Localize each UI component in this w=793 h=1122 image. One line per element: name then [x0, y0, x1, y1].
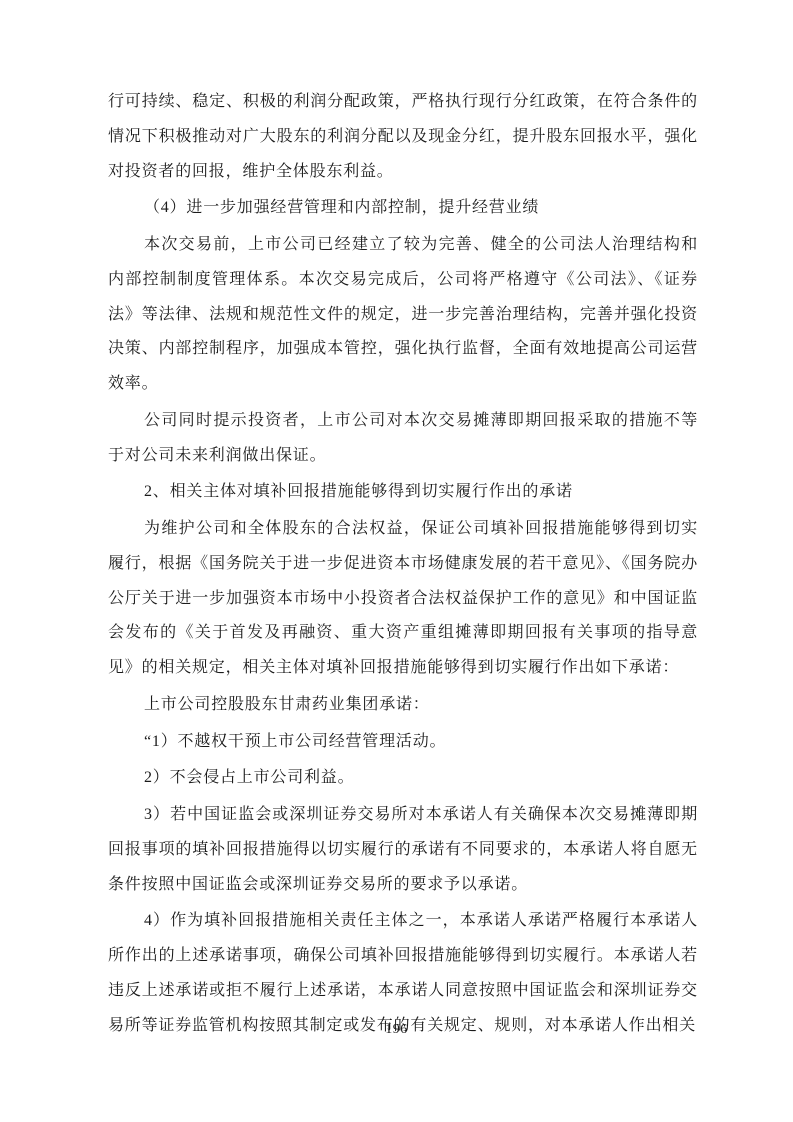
paragraph-commitment-2: 2）不会侵占上市公司利益。 — [108, 761, 698, 796]
section-heading-commitments: 2、相关主体对填补回报措施能够得到切实履行作出的承诺 — [108, 475, 698, 510]
paragraph-legal-basis: 为维护公司和全体股东的合法权益，保证公司填补回报措施能够得到切实履行，根据《国务… — [108, 512, 698, 686]
paragraph-continued: 行可持续、稳定、积极的利润分配政策，严格执行现行分红政策，在符合条件的情况下积极… — [108, 85, 698, 189]
document-page: 行可持续、稳定、积极的利润分配政策，严格执行现行分红政策，在符合条件的情况下积极… — [0, 0, 793, 1122]
paragraph-investor-notice: 公司同时提示投资者，上市公司对本次交易摊薄即期回报采取的措施不等于对公司未来利润… — [108, 404, 698, 474]
section-heading-improve-management: （4）进一步加强经营管理和内部控制，提升经营业绩 — [108, 191, 698, 226]
paragraph-controlling-shareholder: 上市公司控股股东甘肃药业集团承诺： — [108, 688, 698, 723]
paragraph-commitment-1: “1）不越权干预上市公司经营管理活动。 — [108, 725, 698, 760]
paragraph-governance: 本次交易前，上市公司已经建立了较为完善、健全的公司法人治理结构和内部控制制度管理… — [108, 228, 698, 402]
paragraph-commitment-3: 3）若中国证监会或深圳证券交易所对本承诺人有关确保本次交易摊薄即期回报事项的填补… — [108, 798, 698, 902]
document-body: 行可持续、稳定、积极的利润分配政策，严格执行现行分红政策，在符合条件的情况下积极… — [108, 85, 698, 1045]
page-number: 196 — [0, 1022, 793, 1038]
